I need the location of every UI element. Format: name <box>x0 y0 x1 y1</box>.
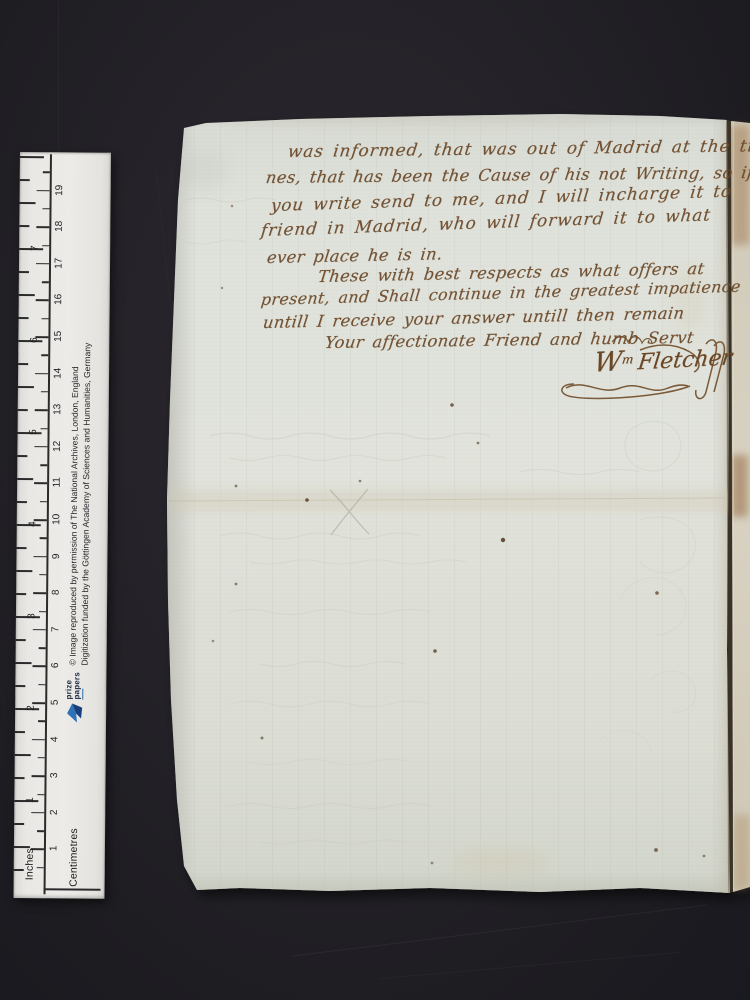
inch-tick <box>14 869 24 871</box>
inch-tick <box>19 225 29 227</box>
cm-number: 15 <box>53 331 64 342</box>
inch-tick <box>18 363 28 365</box>
inch-tick <box>18 386 34 388</box>
inch-tick <box>16 570 32 572</box>
cm-tick <box>33 666 46 668</box>
cm-tick <box>32 702 45 704</box>
crease-highlight <box>733 121 734 891</box>
cm-tick <box>37 794 44 796</box>
cm-tick <box>36 226 49 228</box>
cm-tick <box>41 354 48 356</box>
inch-tick <box>16 662 32 664</box>
cm-tick <box>36 300 49 302</box>
cm-scale-endline <box>44 888 101 890</box>
inch-number: 7 <box>30 245 41 251</box>
signature-initial: W <box>592 346 624 379</box>
cm-tick <box>43 171 50 173</box>
inch-tick <box>17 455 27 457</box>
cm-number: 6 <box>50 663 61 669</box>
inch-tick <box>16 639 26 641</box>
cm-tick <box>39 647 46 649</box>
cm-tick <box>42 245 49 247</box>
prize-papers-logo: prize papers <box>61 666 87 722</box>
inch-tick <box>19 294 35 296</box>
cm-number: 9 <box>51 553 62 559</box>
cm-tick <box>34 483 47 485</box>
cm-tick <box>40 501 47 503</box>
centimetres-label: Centimetres <box>68 828 81 887</box>
cm-tick <box>35 373 48 375</box>
cm-number: 16 <box>53 294 64 305</box>
stain <box>452 851 548 873</box>
inch-tick-marks: 1234567 <box>20 152 111 153</box>
cm-tick <box>37 830 44 832</box>
cm-number: 5 <box>50 699 61 705</box>
cm-tick <box>33 629 46 631</box>
cm-tick <box>37 867 44 869</box>
cm-tick <box>35 409 48 411</box>
cm-number: 8 <box>51 590 62 596</box>
cm-tick <box>38 684 45 686</box>
cm-tick <box>39 611 46 613</box>
prize-papers-logo-wordmark: prize papers <box>65 672 84 700</box>
inch-number: 1 <box>25 797 36 803</box>
cm-tick <box>33 556 46 558</box>
cm-tick <box>42 208 49 210</box>
cm-tick <box>38 757 45 759</box>
inch-number: 3 <box>26 613 37 619</box>
signature-superscript: m <box>621 352 634 367</box>
handwriting-line: ever place he is in. <box>266 244 444 267</box>
cm-tick <box>40 464 47 466</box>
inch-number: 5 <box>28 429 39 435</box>
logo-word-2: papers <box>73 672 81 700</box>
inch-tick <box>15 754 31 756</box>
bottom-edge-shading <box>166 870 733 895</box>
image-credit: © Image reproduced by permission of The … <box>67 323 95 665</box>
inch-tick <box>20 179 30 181</box>
cm-number: 14 <box>53 367 64 378</box>
cm-number: 19 <box>54 184 65 195</box>
archival-scale-ruler: 1234567 12345678910111213141516171819 In… <box>13 152 111 899</box>
signature-surname: Fletcher <box>636 345 733 375</box>
inch-number: 6 <box>29 337 40 343</box>
cm-tick <box>40 537 47 539</box>
cm-tick <box>34 446 47 448</box>
cm-tick-marks: 12345678910111213141516171819 <box>20 152 111 153</box>
inch-tick <box>15 731 25 733</box>
inch-tick <box>16 593 26 595</box>
cm-number: 11 <box>52 477 63 487</box>
cm-number: 4 <box>49 736 60 742</box>
inch-tick <box>17 501 27 503</box>
inches-label: Inches <box>24 848 36 880</box>
photographed-manuscript-scene: was informed, that was out of Madrid at … <box>0 0 750 1000</box>
inch-tick <box>19 317 29 319</box>
cm-tick <box>41 391 48 393</box>
inch-tick <box>15 685 25 687</box>
prize-papers-logo-icon <box>66 702 83 722</box>
cm-tick <box>32 739 45 741</box>
cm-tick <box>41 428 48 430</box>
inch-tick <box>17 478 33 480</box>
cm-number: 13 <box>52 404 63 415</box>
cm-tick <box>33 592 46 594</box>
inch-tick <box>18 409 28 411</box>
cm-tick <box>39 574 46 576</box>
cm-number: 3 <box>49 773 60 779</box>
credit-line-2: Digitization funded by the Göttingen Aca… <box>79 324 94 666</box>
logo-underline <box>82 689 84 700</box>
cm-tick <box>36 263 49 265</box>
cm-number: 10 <box>51 514 62 525</box>
inch-tick <box>15 777 25 779</box>
inch-number: 4 <box>27 521 38 527</box>
cm-number: 1 <box>48 846 59 852</box>
cm-number: 12 <box>52 441 63 452</box>
cm-number: 18 <box>54 221 65 232</box>
inch-tick <box>14 823 24 825</box>
cm-tick <box>37 190 50 192</box>
inch-tick <box>20 202 36 204</box>
stain <box>230 113 610 127</box>
cm-tick <box>31 812 44 814</box>
cm-tick <box>32 775 45 777</box>
cm-tick <box>34 519 47 521</box>
inch-tick <box>19 271 29 273</box>
inch-tick <box>20 156 44 158</box>
cm-number: 2 <box>49 809 60 815</box>
inch-number: 2 <box>26 705 37 711</box>
cm-tick <box>35 336 48 338</box>
stain <box>174 150 226 190</box>
cm-number: 7 <box>50 626 61 632</box>
cm-tick <box>42 318 49 320</box>
cm-number: 17 <box>53 258 64 269</box>
cm-tick <box>38 720 45 722</box>
cm-tick <box>42 281 49 283</box>
inch-tick <box>17 547 27 549</box>
